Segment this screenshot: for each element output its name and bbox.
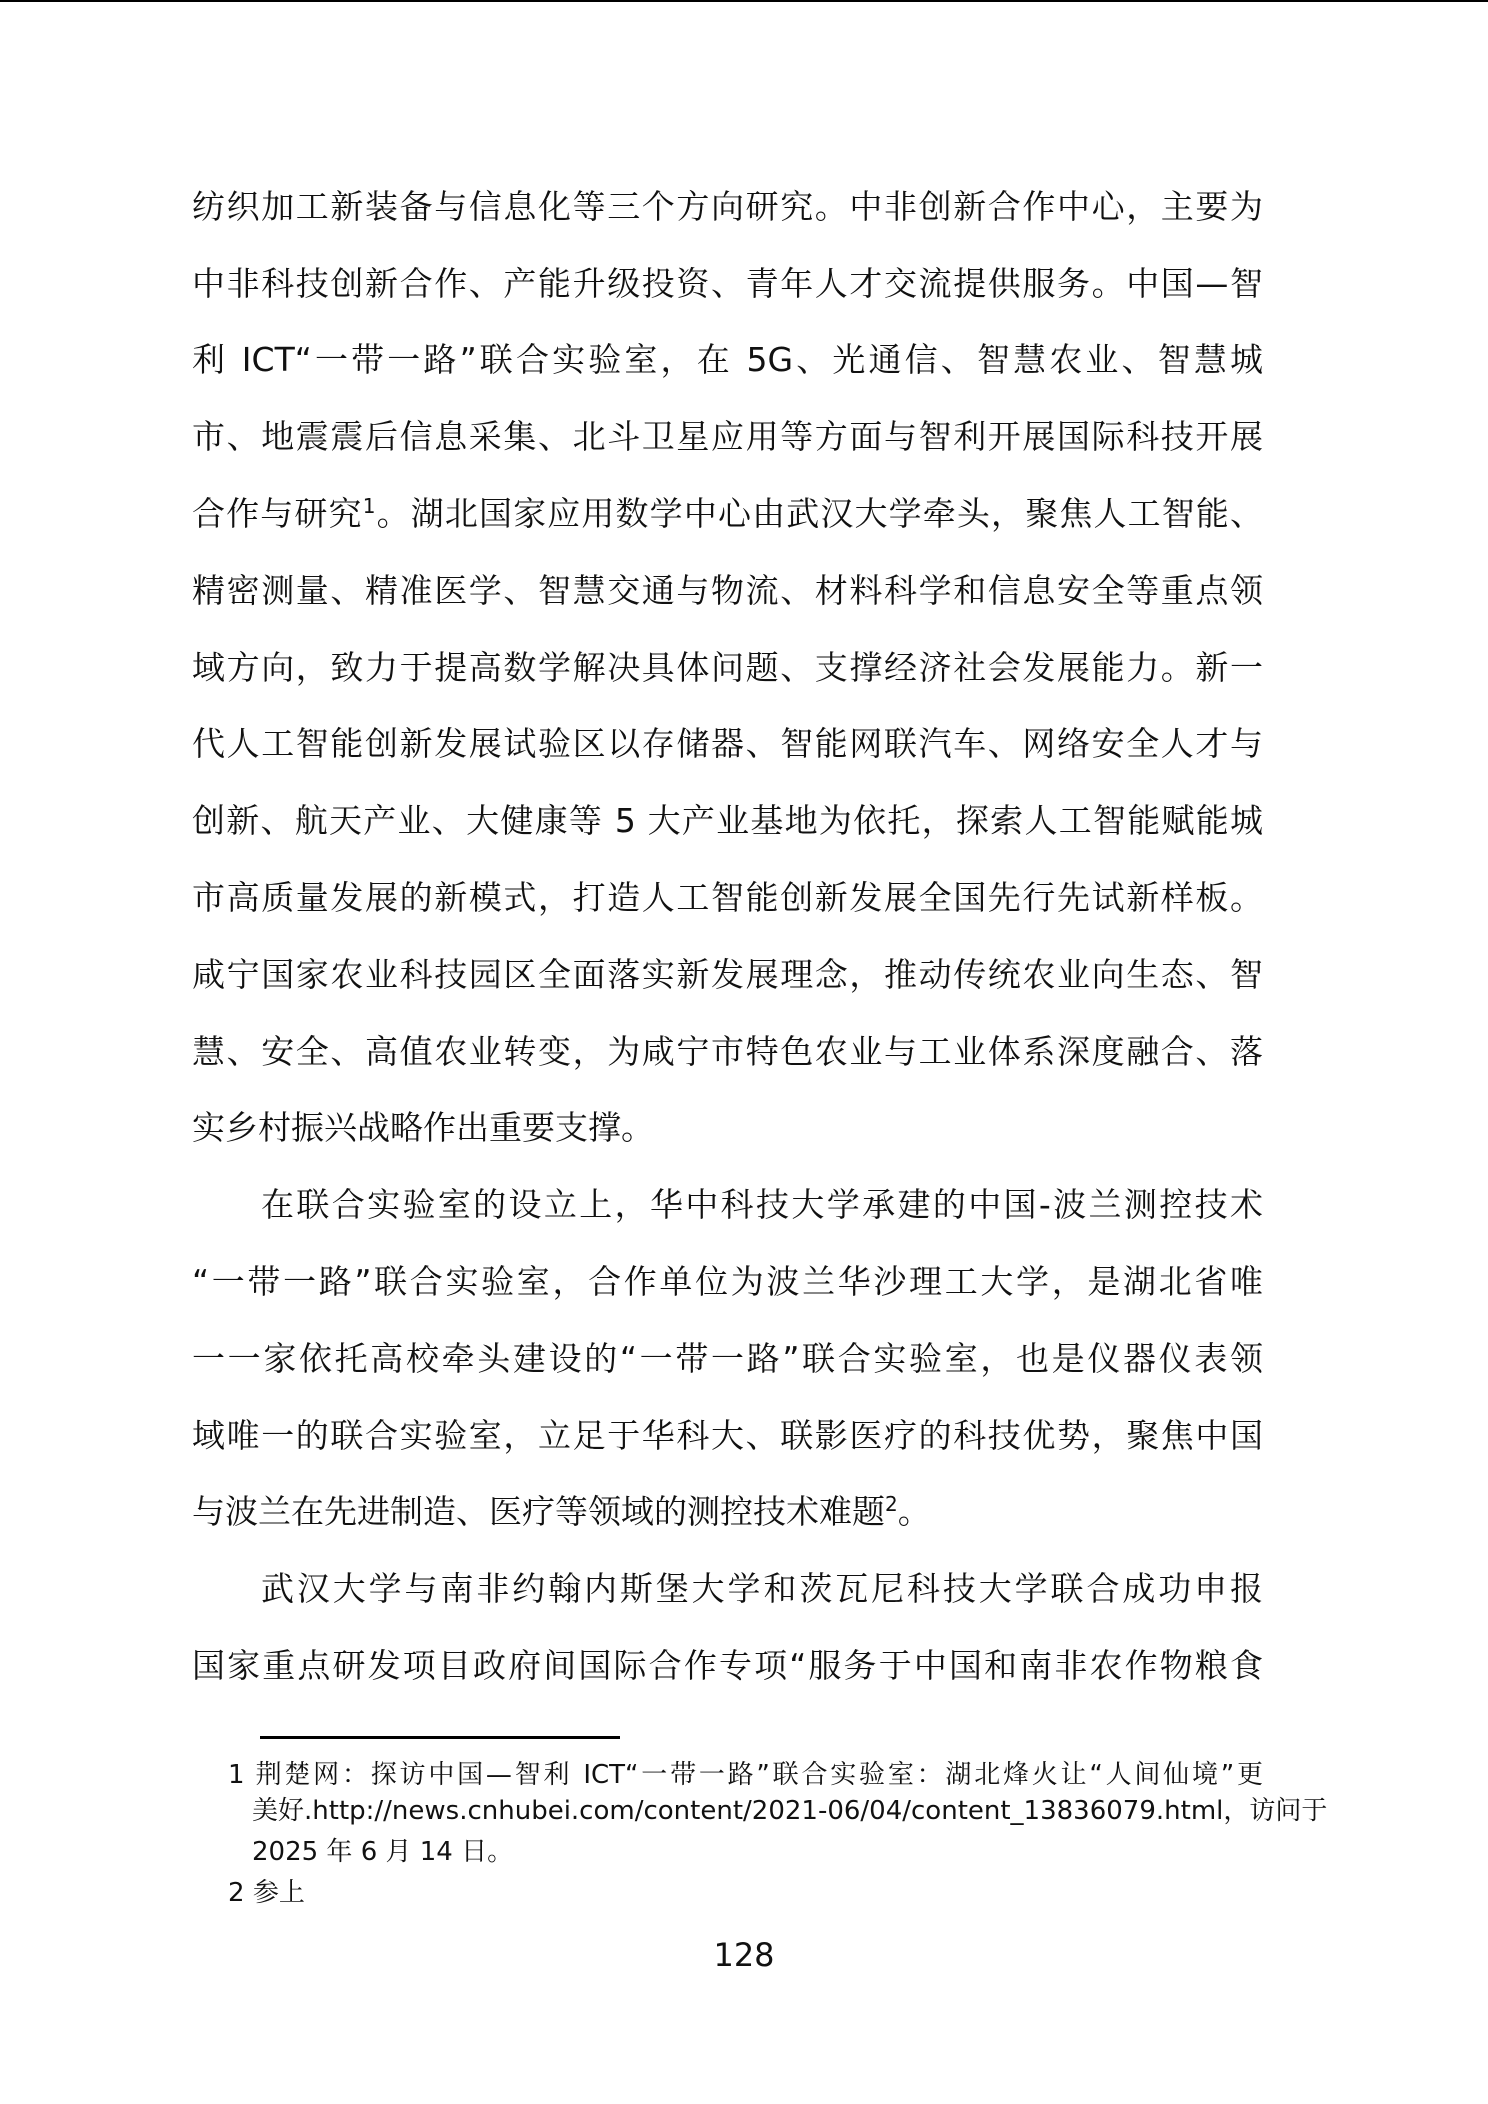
footnote-ref-2[interactable]: 2 [885,1492,898,1516]
body-text: 。 [898,1492,931,1531]
body-line-16: 一一家依托高校牵头建设的“一带一路”联合实验室，也是仪器仪表领 [192,1337,1263,1381]
body-line-9: 创新、航天产业、大健康等 5 大产业基地为依托，探索人工智能赋能城 [192,799,1263,843]
body-line-14: 在联合实验室的设立上，华中科技大学承建的中国-波兰测控技术 [261,1183,1263,1227]
body-line-5: 合作与研究1。湖北国家应用数学中心由武汉大学牵头，聚焦人工智能、 [192,492,1263,536]
page-number: 128 [0,1935,1488,1975]
body-line-18: 与波兰在先进制造、医疗等领域的测控技术难题2。 [192,1490,1263,1534]
body-text: 。湖北国家应用数学中心由武汉大学牵头，聚焦人工智能、 [375,494,1263,533]
body-line-6: 精密测量、精准医学、智慧交通与物流、材料科学和信息安全等重点领 [192,569,1263,613]
footnote-separator [260,1736,620,1739]
body-line-17: 域唯一的联合实验室，立足于华科大、联影医疗的科技优势，聚焦中国 [192,1414,1263,1458]
body-line-8: 代人工智能创新发展试验区以存储器、智能网联汽车、网络安全人才与 [192,722,1263,766]
footnote-1-url-line[interactable]: 美好.http://news.cnhubei.com/content/2021-… [252,1793,1263,1829]
body-line-1: 纺织加工新装备与信息化等三个方向研究。中非创新合作中心，主要为 [192,185,1263,229]
body-line-11: 咸宁国家农业科技园区全面落实新发展理念，推动传统农业向生态、智 [192,953,1263,997]
body-line-4: 市、地震震后信息采集、北斗卫星应用等方面与智利开展国际科技开展 [192,415,1263,459]
body-line-15: “一带一路”联合实验室，合作单位为波兰华沙理工大学，是湖北省唯 [192,1260,1263,1304]
footnote-2: 2 参上 [228,1875,1263,1911]
body-line-13: 实乡村振兴战略作出重要支撑。 [192,1106,1263,1150]
body-line-12: 慧、安全、高值农业转变，为咸宁市特色农业与工业体系深度融合、落 [192,1030,1263,1074]
footnote-1: 1 荆楚网：探访中国—智利 ICT“一带一路”联合实验室：湖北烽火让“人间仙境”… [228,1757,1263,1793]
footnote-1-date-line: 2025 年 6 月 14 日。 [252,1834,1263,1870]
body-line-7: 域方向，致力于提高数学解决具体问题、支撑经济社会发展能力。新一 [192,646,1263,690]
body-line-19: 武汉大学与南非约翰内斯堡大学和茨瓦尼科技大学联合成功申报 [261,1567,1263,1611]
body-line-10: 市高质量发展的新模式，打造人工智能创新发展全国先行先试新样板。 [192,876,1263,920]
footnote-text: 参上 [253,1878,305,1908]
document-page: 纺织加工新装备与信息化等三个方向研究。中非创新合作中心，主要为 中非科技创新合作… [0,0,1488,2104]
footnote-number: 1 [228,1760,245,1790]
body-line-2: 中非科技创新合作、产能升级投资、青年人才交流提供服务。中国—智 [192,262,1263,306]
footnote-text: 荆楚网：探访中国—智利 ICT“一带一路”联合实验室：湖北烽火让“人间仙境”更 [256,1760,1263,1790]
body-line-3: 利 ICT“一带一路”联合实验室，在 5G、光通信、智慧农业、智慧城 [192,338,1263,382]
top-border [0,0,1488,2]
body-text: 与波兰在先进制造、医疗等领域的测控技术难题 [192,1492,885,1531]
body-text: 合作与研究 [192,494,363,533]
footnote-ref-1[interactable]: 1 [363,494,376,518]
body-line-20: 国家重点研发项目政府间国际合作专项“服务于中国和南非农作物粮食 [192,1644,1263,1688]
footnote-number: 2 [228,1878,245,1908]
